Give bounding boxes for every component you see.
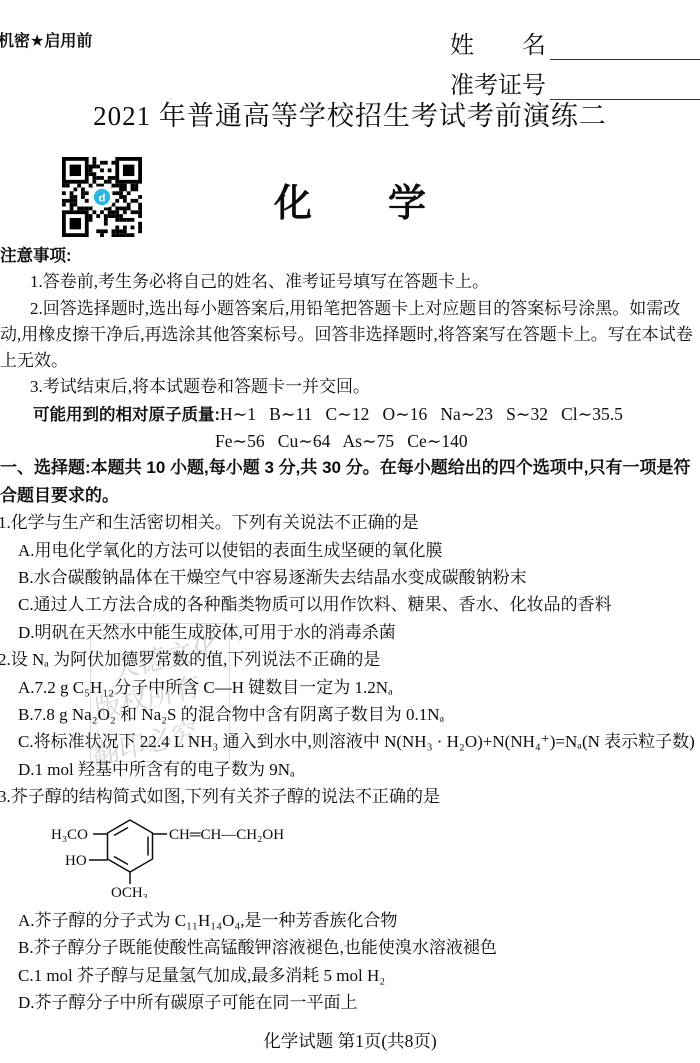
option-c: C.1 mol 芥子醇与足量氢气加成,最多消耗 5 mol H₂ xyxy=(0,962,698,989)
question-stem: 3.芥子醇的结构简式如图,下列有关芥子醇的说法不正确的是 xyxy=(0,783,698,810)
option-c: C.将标准状况下 22.4 L NH₃ 通入到水中,则溶液中 N(NH₃ · H… xyxy=(0,728,698,755)
option-c: C.通过人工方法合成的各种酯类物质可以用作饮料、糖果、香水、化妆品的香料 xyxy=(0,591,698,618)
atomic-mass-line-2: Fe∼56 Cu∼64 As∼75 Ce∼140 xyxy=(0,428,698,454)
hydroxyl-label: HO xyxy=(65,853,87,869)
option-b: B.水合碳酸钠晶体在干燥空气中容易逐渐失去结晶水变成碳酸钠粉末 xyxy=(0,564,698,591)
question-2: 2.设 Nₐ 为阿伏加德罗常数的值,下列说法不正确的是 A.7.2 g C₅H₁… xyxy=(0,646,698,783)
option-b: B.芥子醇分子既能使酸性高锰酸钾溶液褪色,也能使溴水溶液褪色 xyxy=(0,934,698,961)
option-d: D.芥子醇分子中所有碳原子可能在同一平面上 xyxy=(0,989,698,1016)
notice-item: 1.答卷前,考生务必将自己的姓名、准考证号填写在答题卡上。 xyxy=(0,269,698,295)
section-heading: 一、选择题:本题共 10 小题,每小题 3 分,共 30 分。在每小题给出的四个… xyxy=(0,454,698,509)
methoxy-bottom-label: OCH₃ xyxy=(111,885,148,898)
exam-paper-page: 天德文化 版权所有 翻印必究 机密★启用前 姓 名 准考证号 2021 年普通高… xyxy=(0,0,700,1063)
notice-item: 2.回答选择题时,选出每小题答案后,用铅笔把答题卡上对应题目的答案标号涂黑。如需… xyxy=(0,296,698,375)
option-a: A.用电化学氧化的方法可以使铝的表面生成坚硬的氧化膜 xyxy=(0,537,698,564)
question-1: 1.化学与生产和生活密切相关。下列有关说法不正确的是 A.用电化学氧化的方法可以… xyxy=(0,509,698,646)
benzene-ring xyxy=(108,820,153,872)
question-3: 3.芥子醇的结构简式如图,下列有关芥子醇的说法不正确的是 H₃CO HO OCH… xyxy=(0,783,698,1016)
option-d: D.明矾在天然水中能生成胶体,可用于水的消毒杀菌 xyxy=(0,619,698,646)
option-b: B.7.8 g Na₂O₂ 和 Na₂S 的混合物中含有阴离子数目为 0.1Nₐ xyxy=(0,701,698,728)
paper-body: 注意事项: 1.答卷前,考生务必将自己的姓名、准考证号填写在答题卡上。 2.回答… xyxy=(0,243,698,1017)
option-a: A.7.2 g C₅H₁₂分子中所含 C—H 键数目一定为 1.2Nₐ xyxy=(0,674,698,701)
notice-item: 3.考试结束后,将本试题卷和答题卡一并交回。 xyxy=(0,374,698,400)
confidential-label: 机密★启用前 xyxy=(0,28,92,51)
question-stem: 2.设 Nₐ 为阿伏加德罗常数的值,下列说法不正确的是 xyxy=(0,646,698,673)
question-stem: 1.化学与生产和生活密切相关。下列有关说法不正确的是 xyxy=(0,509,698,536)
methoxy-top-label: H₃CO xyxy=(51,827,88,843)
option-d: D.1 mol 羟基中所含有的电子数为 9Nₐ xyxy=(0,756,698,783)
option-a: A.芥子醇的分子式为 C₁₁H₁₄O₄,是一种芳香族化合物 xyxy=(0,907,698,934)
page-footer: 化学试题 第1页(共8页) xyxy=(0,1028,700,1053)
side-chain-label: CH═CH—CH₂OH xyxy=(169,827,284,843)
notices-heading: 注意事项: xyxy=(0,243,698,269)
atomic-mass-label: 可能用到的相对原子质量: xyxy=(33,406,220,424)
subject-title: 化 学 xyxy=(0,172,700,227)
exam-title: 2021 年普通高等学校招生考试考前演练二 xyxy=(0,94,700,133)
sinapyl-alcohol-structure-diagram: H₃CO HO OCH₃ CH═CH—CH₂OH xyxy=(48,814,338,898)
atomic-mass-line-1: 可能用到的相对原子质量:H∼1 B∼11 C∼12 O∼16 Na∼23 S∼3… xyxy=(0,401,698,428)
atomic-mass-values: H∼1 B∼11 C∼12 O∼16 Na∼23 S∼32 Cl∼35.5 xyxy=(220,404,623,424)
